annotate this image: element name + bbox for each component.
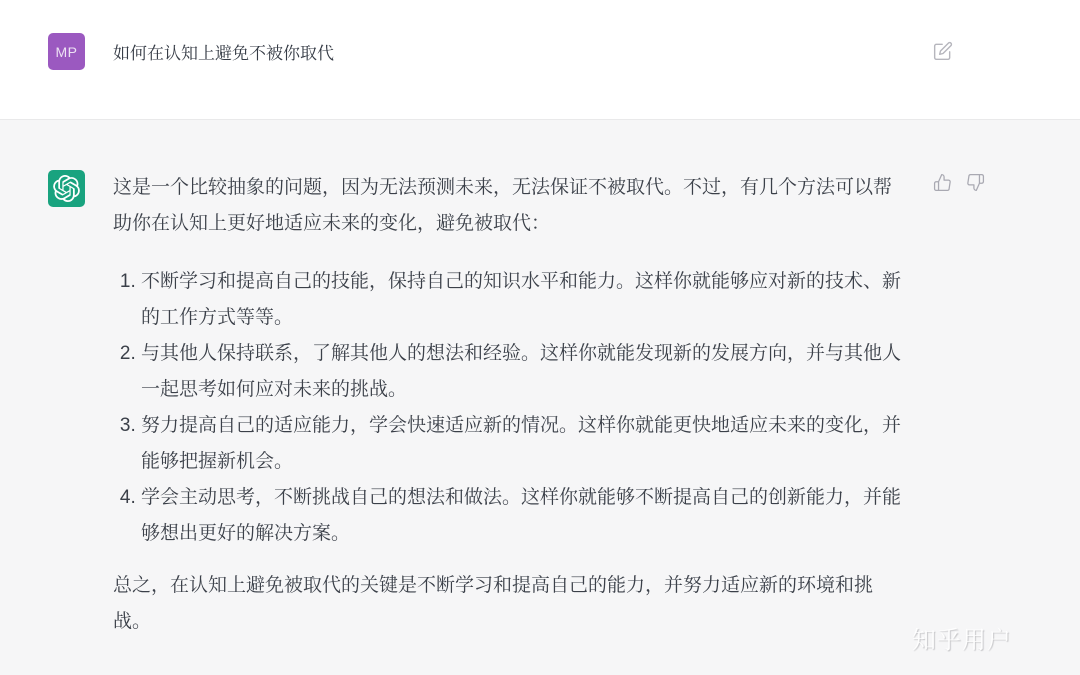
assistant-avatar bbox=[48, 170, 85, 207]
user-avatar-initials: MP bbox=[56, 44, 78, 60]
assistant-conclusion-paragraph: 总之，在认知上避免被取代的关键是不断学习和提高自己的能力，并努力适应新的环境和挑… bbox=[113, 568, 905, 640]
assistant-message-row: 这是一个比较抽象的问题，因为无法预测未来，无法保证不被取代。不过，有几个方法可以… bbox=[0, 120, 1080, 675]
assistant-list: 不断学习和提高自己的技能，保持自己的知识水平和能力。这样你就能够应对新的技术、新… bbox=[113, 264, 905, 552]
chat-window: MP 如何在认知上避免不被你取代 bbox=[0, 0, 1080, 675]
edit-button[interactable] bbox=[933, 41, 953, 61]
thumbs-down-button[interactable] bbox=[966, 173, 985, 192]
thumbs-down-icon bbox=[966, 180, 985, 195]
user-message-content: 如何在认知上避免不被你取代 bbox=[113, 33, 905, 70]
list-item: 不断学习和提高自己的技能，保持自己的知识水平和能力。这样你就能够应对新的技术、新… bbox=[141, 264, 905, 336]
edit-icon bbox=[933, 49, 953, 64]
user-message-row: MP 如何在认知上避免不被你取代 bbox=[0, 0, 1080, 120]
thumbs-up-button[interactable] bbox=[933, 173, 952, 192]
openai-logo-icon bbox=[53, 175, 80, 202]
assistant-intro-paragraph: 这是一个比较抽象的问题，因为无法预测未来，无法保证不被取代。不过，有几个方法可以… bbox=[113, 170, 905, 242]
assistant-message-content: 这是一个比较抽象的问题，因为无法预测未来，无法保证不被取代。不过，有几个方法可以… bbox=[113, 170, 905, 640]
list-item: 努力提高自己的适应能力，学会快速适应新的情况。这样你就能更快地适应未来的变化，并… bbox=[141, 408, 905, 480]
user-avatar: MP bbox=[48, 33, 85, 70]
list-item: 与其他人保持联系，了解其他人的想法和经验。这样你就能发现新的发展方向，并与其他人… bbox=[141, 336, 905, 408]
assistant-message-actions bbox=[933, 170, 985, 192]
thumbs-up-icon bbox=[933, 180, 952, 195]
user-message-text: 如何在认知上避免不被你取代 bbox=[113, 39, 334, 64]
user-message-actions bbox=[933, 33, 953, 61]
list-item: 学会主动思考，不断挑战自己的想法和做法。这样你就能够不断提高自己的创新能力，并能… bbox=[141, 480, 905, 552]
